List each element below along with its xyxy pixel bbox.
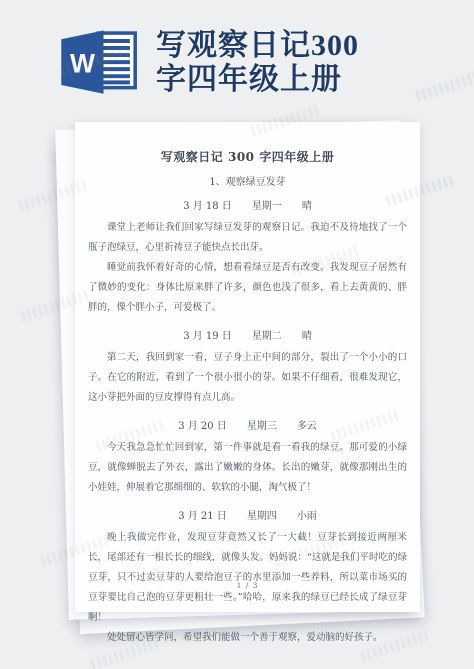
document-subtitle: 1、观察绿豆发芽	[88, 173, 407, 188]
diary-weekday: 星期三	[247, 417, 277, 432]
diary-paragraph: 课堂上老师让我们回家写绿豆发芽的观察日记。我迫不及待地找了一个瓶子泡绿豆，心里祈…	[88, 218, 407, 258]
svg-text:W: W	[70, 49, 95, 79]
diary-weekday: 星期一	[252, 197, 282, 212]
page-background: { "header": { "title_line1": "写观察日记300",…	[0, 0, 474, 669]
page-number-indicator: 1 / 3	[75, 581, 420, 590]
diary-date: 3 月 20 日	[178, 417, 227, 432]
diary-date-line: 3 月 20 日 星期三 多云	[88, 417, 407, 432]
diary-date-line: 3 月 18 日 星期一 晴	[88, 197, 407, 212]
diary-weather: 多云	[297, 417, 317, 432]
diary-weather: 小雨	[297, 507, 317, 522]
header: W 写观察日记300 字四年级上册	[56, 26, 426, 100]
ms-word-icon: W	[56, 26, 144, 100]
diary-paragraph: 今天我急急忙忙回到家，第一件事就是看一看我的绿豆。那可爱的小绿豆，就像蝉脱去了外…	[88, 438, 407, 498]
document-preview[interactable]: 写观察日记 300 字四年级上册 1、观察绿豆发芽 3 月 18 日 星期一 晴…	[75, 122, 420, 612]
page-title-line1: 写观察日记300	[156, 29, 359, 63]
diary-weather: 晴	[302, 327, 312, 342]
diary-paragraph: 晚上我做完作业，发现豆芽竟然又长了一大截！豆芽长到接近两厘米长，尾部还有一根长长…	[88, 528, 407, 628]
document-title: 写观察日记 300 字四年级上册	[88, 148, 407, 165]
document-page-1[interactable]: 写观察日记 300 字四年级上册 1、观察绿豆发芽 3 月 18 日 星期一 晴…	[75, 122, 420, 612]
diary-paragraph: 第二天，我回到家一看，豆子身上正中间的部分，裂出了一个小小的口子。在它的附近，看…	[88, 348, 407, 408]
diary-weekday: 星期四	[247, 507, 277, 522]
diary-date-line: 3 月 19 日 星期二 晴	[88, 327, 407, 342]
diary-weather: 晴	[302, 197, 312, 212]
page-title: 写观察日记300 字四年级上册	[156, 29, 359, 97]
diary-date: 3 月 21 日	[178, 507, 227, 522]
diary-date-line: 3 月 21 日 星期四 小雨	[88, 507, 407, 522]
page-title-line2: 字四年级上册	[156, 63, 359, 97]
diary-paragraph: 睡觉前我怀着好奇的心情，想看看绿豆是否有改变。我发现豆子居然有了微妙的变化：身体…	[88, 258, 407, 318]
diary-date: 3 月 18 日	[183, 197, 232, 212]
diary-date: 3 月 19 日	[183, 327, 232, 342]
diary-closing-line: 处处留心皆学问，希望我们能做一个善于观察，爱动脑的好孩子。	[88, 628, 407, 648]
diary-weekday: 星期二	[252, 327, 282, 342]
